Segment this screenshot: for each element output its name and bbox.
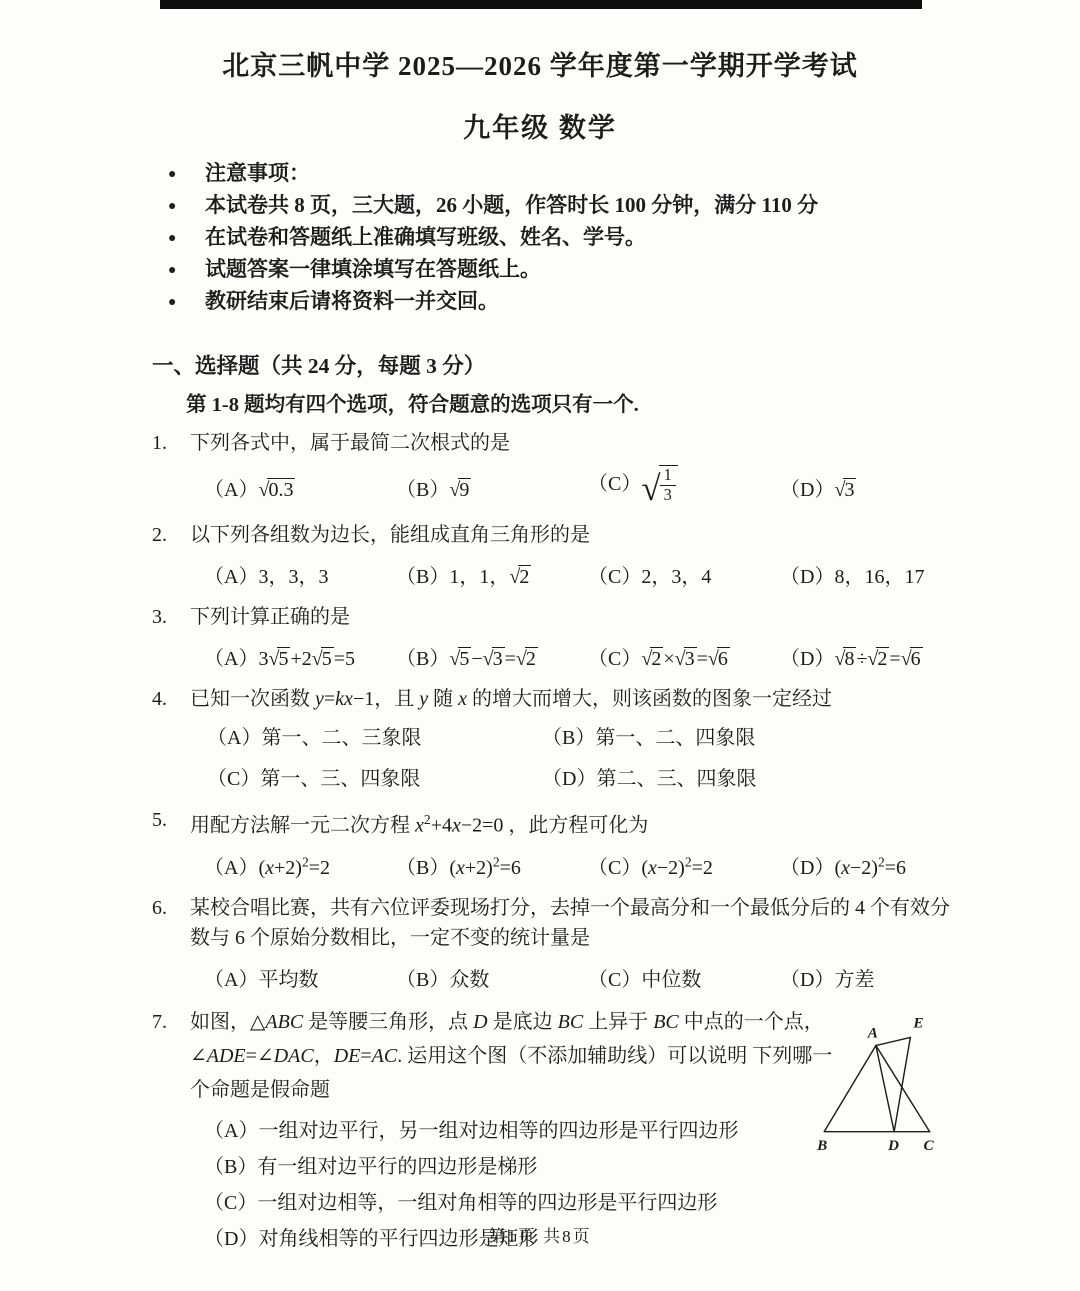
notice-item: ● 教研结束后请将资料一并交回。 (168, 287, 1080, 319)
notice-text: 试题答案一律填涂填写在答题纸上。 (205, 255, 541, 284)
bullet-icon: ● (168, 256, 205, 285)
q6-option-b: （B）众数 (396, 963, 588, 992)
q1-option-b: （B）√9 (396, 473, 588, 502)
question-6: 6. 某校合唱比赛，共有六位评委现场打分，去掉一个最高分和一个最低分后的 4 个… (152, 893, 962, 994)
question-stem: 已知一次函数 y=kx−1，且 y 随 x 的增大而增大，则该函数的图象一定经过 (190, 684, 962, 714)
question-stem: 下列计算正确的是 (190, 602, 962, 632)
question-stem: 某校合唱比赛，共有六位评委现场打分，去掉一个最高分和一个最低分后的 4 个有效分… (190, 893, 962, 953)
vertex-label-a: A (867, 1025, 878, 1042)
q3-option-b: （B）√5−√3=√2 (396, 642, 588, 671)
question-list: 1. 下列各式中，属于最简二次根式的是 （A）√0.3 （B）√9 （C）√13… (152, 428, 962, 1256)
question-number: 7. (152, 1005, 190, 1107)
section-subheading: 第 1-8 题均有四个选项，符合题意的选项只有一个. (186, 387, 1080, 417)
q5-option-d: （D）(x−2)2=6 (780, 851, 906, 880)
notice-item: ● 本试卷共 8 页，三大题，26 小题，作答时长 100 分钟，满分 110 … (168, 191, 1080, 223)
q6-option-c: （C）中位数 (588, 963, 780, 992)
bullet-icon: ● (168, 288, 205, 317)
q4-option-a: （A）第一、二、三象限 (207, 723, 542, 753)
notice-text: 本试卷共 8 页，三大题，26 小题，作答时长 100 分钟，满分 110 分 (205, 191, 818, 220)
q1-option-a: （A）√0.3 (204, 473, 396, 502)
q3-option-a: （A）3√5+2√5=5 (204, 642, 396, 671)
notice-list: ● 注意事项： ● 本试卷共 8 页，三大题，26 小题，作答时长 100 分钟… (168, 159, 1080, 319)
q5-option-b: （B）(x+2)2=6 (396, 851, 588, 880)
notice-item: ● 在试卷和答题纸上准确填写班级、姓名、学号。 (168, 223, 1080, 255)
bullet-icon: ● (168, 224, 205, 253)
q7-option-c: （C）一组对边相等，一组对角相等的四边形是平行四边形 (204, 1186, 962, 1220)
question-number: 1. (152, 428, 190, 458)
q4-option-b: （B）第一、二、四象限 (542, 723, 962, 753)
vertex-label-c: C (924, 1137, 935, 1154)
q5-option-a: （A）(x+2)2=2 (204, 851, 396, 880)
question-number: 3. (152, 602, 190, 632)
question-stem: 如图，△ABC 是等腰三角形，点 D 是底边 BC 上异于 BC 中点的一个点，… (190, 1005, 838, 1107)
section-heading: 一、选择题（共 24 分，每题 3 分） (152, 349, 1080, 380)
q5-option-c: （C）(x−2)2=2 (588, 851, 780, 880)
q1-option-c: （C）√13 (588, 465, 780, 509)
bullet-icon: ● (168, 192, 205, 221)
q2-option-a: （A）3，3，3 (204, 560, 396, 589)
vertex-label-b: B (816, 1137, 827, 1154)
triangle-figure-svg: A E B D C (808, 1007, 958, 1157)
triangle-figure: A E B D C (808, 1007, 958, 1157)
q2-option-b: （B）1，1，√2 (396, 560, 588, 589)
page-number: 第1页 共8页 (0, 1222, 1080, 1247)
question-7: A E B D C 7. 如图，△ABC 是等腰三角形，点 D 是底边 BC 上… (152, 1005, 962, 1256)
question-5: 5. 用配方法解一元二次方程 x2+4x−2=0 ，此方程可化为 （A）(x+2… (152, 805, 962, 882)
q2-option-c: （C）2，3，4 (588, 560, 780, 589)
question-number: 5. (152, 805, 190, 841)
bullet-icon: ● (168, 160, 205, 189)
question-stem: 以下列各组数为边长，能组成直角三角形的是 (190, 520, 962, 550)
question-stem: 下列各式中，属于最简二次根式的是 (190, 428, 962, 458)
exam-title: 北京三帆中学 2025—2026 学年度第一学期开学考试 (0, 44, 1080, 83)
vertex-label-d: D (887, 1137, 899, 1154)
q2-option-d: （D）8，16，17 (780, 560, 924, 589)
q6-option-a: （A）平均数 (204, 963, 396, 992)
notice-text: 注意事项： (205, 159, 310, 188)
question-number: 2. (152, 520, 190, 550)
question-1: 1. 下列各式中，属于最简二次根式的是 （A）√0.3 （B）√9 （C）√13… (152, 428, 962, 509)
question-3: 3. 下列计算正确的是 （A）3√5+2√5=5 （B）√5−√3=√2 （C）… (152, 602, 962, 673)
question-number: 4. (152, 684, 190, 714)
vertex-label-e: E (912, 1014, 923, 1031)
q4-option-d: （D）第二、三、四象限 (542, 764, 962, 794)
q3-option-c: （C）√2×√3=√6 (588, 642, 780, 671)
question-2: 2. 以下列各组数为边长，能组成直角三角形的是 （A）3，3，3 （B）1，1，… (152, 520, 962, 591)
question-4: 4. 已知一次函数 y=kx−1，且 y 随 x 的增大而增大，则该函数的图象一… (152, 684, 962, 794)
question-number: 6. (152, 893, 190, 953)
question-stem: 用配方法解一元二次方程 x2+4x−2=0 ，此方程可化为 (190, 805, 962, 841)
notice-text: 教研结束后请将资料一并交回。 (205, 287, 499, 316)
exam-subtitle: 九年级 数学 (0, 106, 1080, 145)
scan-edge-bar (160, 0, 922, 9)
q4-option-c: （C）第一、三、四象限 (207, 764, 542, 794)
q1-option-d: （D）√3 (780, 473, 856, 502)
q6-option-d: （D）方差 (780, 963, 874, 992)
notice-item: ● 试题答案一律填涂填写在答题纸上。 (168, 255, 1080, 287)
notice-item: ● 注意事项： (168, 159, 1080, 191)
exam-page: 北京三帆中学 2025—2026 学年度第一学期开学考试 九年级 数学 ● 注意… (0, 0, 1080, 1291)
q3-option-d: （D）√8÷√2=√6 (780, 642, 923, 671)
notice-text: 在试卷和答题纸上准确填写班级、姓名、学号。 (205, 223, 646, 252)
